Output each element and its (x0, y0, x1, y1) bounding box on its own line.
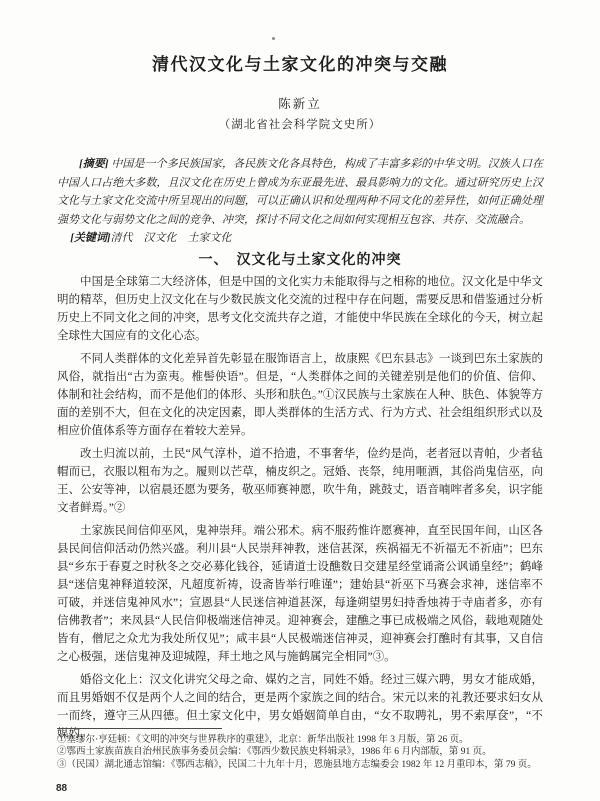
abstract-label: [摘要] (79, 158, 109, 170)
body-paragraph-1: 中国是全球第二大经济体，但是中国的文化实力未能取得与之相称的地位。汉文化是中华文… (57, 273, 543, 345)
footnote-3: ③（民国）湖北通志馆编：《鄂西志稿》，民国二十九年十月，恩施县地方志编委会 19… (57, 759, 543, 772)
keywords-line: [关键词]清代 汉文化 土家文化 (70, 229, 543, 247)
keywords-text: 清代 汉文化 土家文化 (111, 232, 232, 244)
abstract-text: 中国是一个多民族国家，各民族文化各具特色，构成了丰富多彩的中华文明。汉族人口在中… (57, 158, 543, 226)
footnote-2: ②鄂西土家族苗族自治州民族事务委员会编：《鄂西少数民族史料辑录》，1986 年 … (57, 746, 543, 759)
article-body: 中国是全球第二大经济体，但是中国的文化实力未能取得与之相称的地位。汉文化是中华文… (57, 273, 543, 743)
author-affiliation: （湖北省社会科学院文史所） (57, 116, 543, 132)
footnote-separator (57, 728, 222, 729)
keywords-label: [关键词] (70, 232, 110, 244)
footnote-area: ①塞缪尔·亨廷顿：《文明的冲突与世界秩序的重建》，北京：新华出版社 1998 年… (57, 728, 543, 772)
footnote-1: ①塞缪尔·亨廷顿：《文明的冲突与世界秩序的重建》，北京：新华出版社 1998 年… (57, 734, 543, 747)
abstract-paragraph: [摘要] 中国是一个多民族国家，各民族文化各具特色，构成了丰富多彩的中华文明。汉… (57, 155, 543, 229)
scan-speck (272, 37, 275, 40)
article-title: 清代汉文化与土家文化的冲突与交融 (57, 50, 543, 75)
document-page: 清代汉文化与土家文化的冲突与交融 陈新立 （湖北省社会科学院文史所） [摘要] … (0, 0, 600, 801)
body-paragraph-2: 不同人类群体的文化差异首先彰显在服饰语言上，故康熙《巴东县志》一谈到巴东土家族的… (57, 350, 543, 440)
page-number: 88 (56, 783, 67, 794)
body-paragraph-3: 改土归流以前，土民“风气淳朴，道不拾遗，不事奢华，俭约是尚，老者冠以青帕，少者毡… (57, 445, 543, 517)
body-paragraph-4: 土家族民间信仰巫风，鬼神崇拜。端公邪术。病不服药惟许愿赛神，直至民国年间，山区各… (57, 522, 543, 666)
author-name: 陈新立 (57, 94, 543, 112)
section-heading: 一、 汉文化与土家文化的冲突 (57, 249, 543, 269)
